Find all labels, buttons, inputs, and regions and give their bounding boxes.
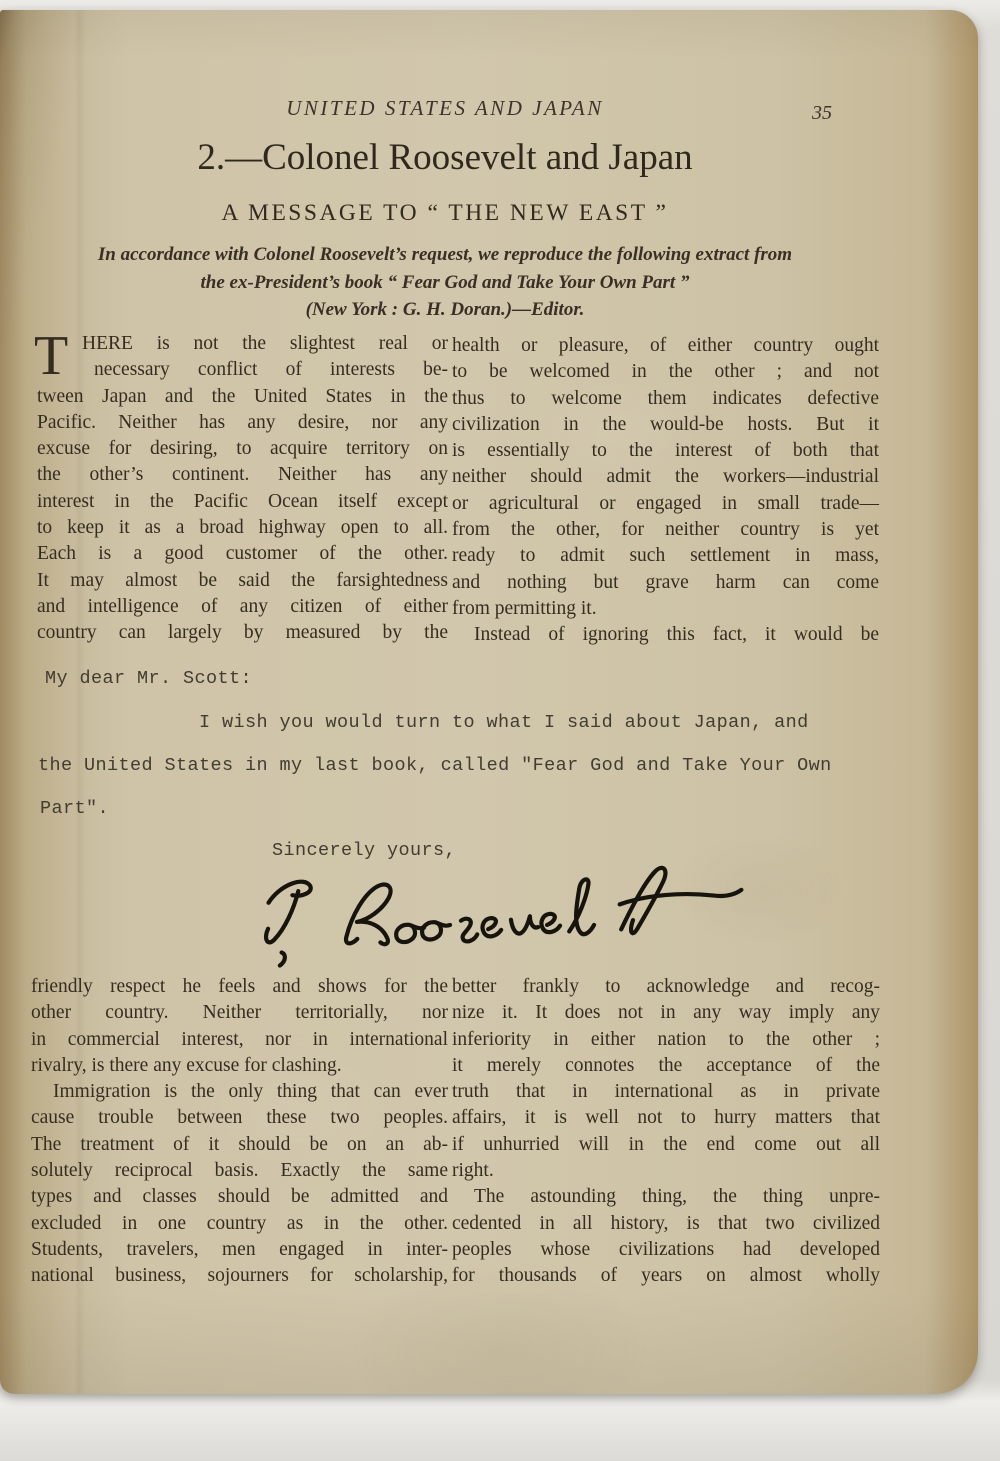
- article-title: 2.—Colonel Roosevelt and Japan: [0, 136, 890, 179]
- paragraph: Immigration is the only thing that can e…: [31, 1079, 448, 1289]
- letter-body-line: the United States in my last book, calle…: [38, 755, 832, 776]
- running-title: UNITED STATES AND JAPAN: [0, 96, 890, 121]
- paragraph: health or pleasure, of either country ou…: [452, 333, 879, 622]
- editor-note: In accordance with Colonel Roosevelt’s r…: [0, 241, 890, 324]
- page-number: 35: [812, 102, 832, 125]
- scan-background: UNITED STATES AND JAPAN 35 2.—Colonel Ro…: [0, 0, 1000, 1461]
- letter-salutation: My dear Mr. Scott:: [45, 668, 252, 689]
- roosevelt-signature: [204, 856, 786, 988]
- book-page: UNITED STATES AND JAPAN 35 2.—Colonel Ro…: [0, 10, 978, 1394]
- column-bottom-left: friendly respect he feels and shows for …: [31, 974, 448, 1290]
- signature-drawing: [204, 856, 786, 983]
- article-subtitle: A MESSAGE TO “ THE NEW EAST ”: [0, 200, 890, 227]
- letter-body-line: I wish you would turn to what I said abo…: [199, 712, 809, 733]
- column-top-left: HERE is not the slightest real ornecessa…: [37, 331, 448, 647]
- column-top-right: health or pleasure, of either country ou…: [452, 333, 879, 649]
- paragraph: friendly respect he feels and shows for …: [31, 974, 448, 1079]
- paragraph: The astounding thing, the thing unpre-ce…: [452, 1184, 880, 1289]
- letter-body-line: Part".: [40, 798, 109, 819]
- column-bottom-right: better frankly to acknowledge and recog-…: [452, 974, 880, 1290]
- paragraph: Instead of ignoring this fact, it would …: [452, 622, 879, 648]
- paragraph: better frankly to acknowledge and recog-…: [452, 974, 880, 1184]
- letter-closing: Sincerely yours,: [272, 840, 456, 861]
